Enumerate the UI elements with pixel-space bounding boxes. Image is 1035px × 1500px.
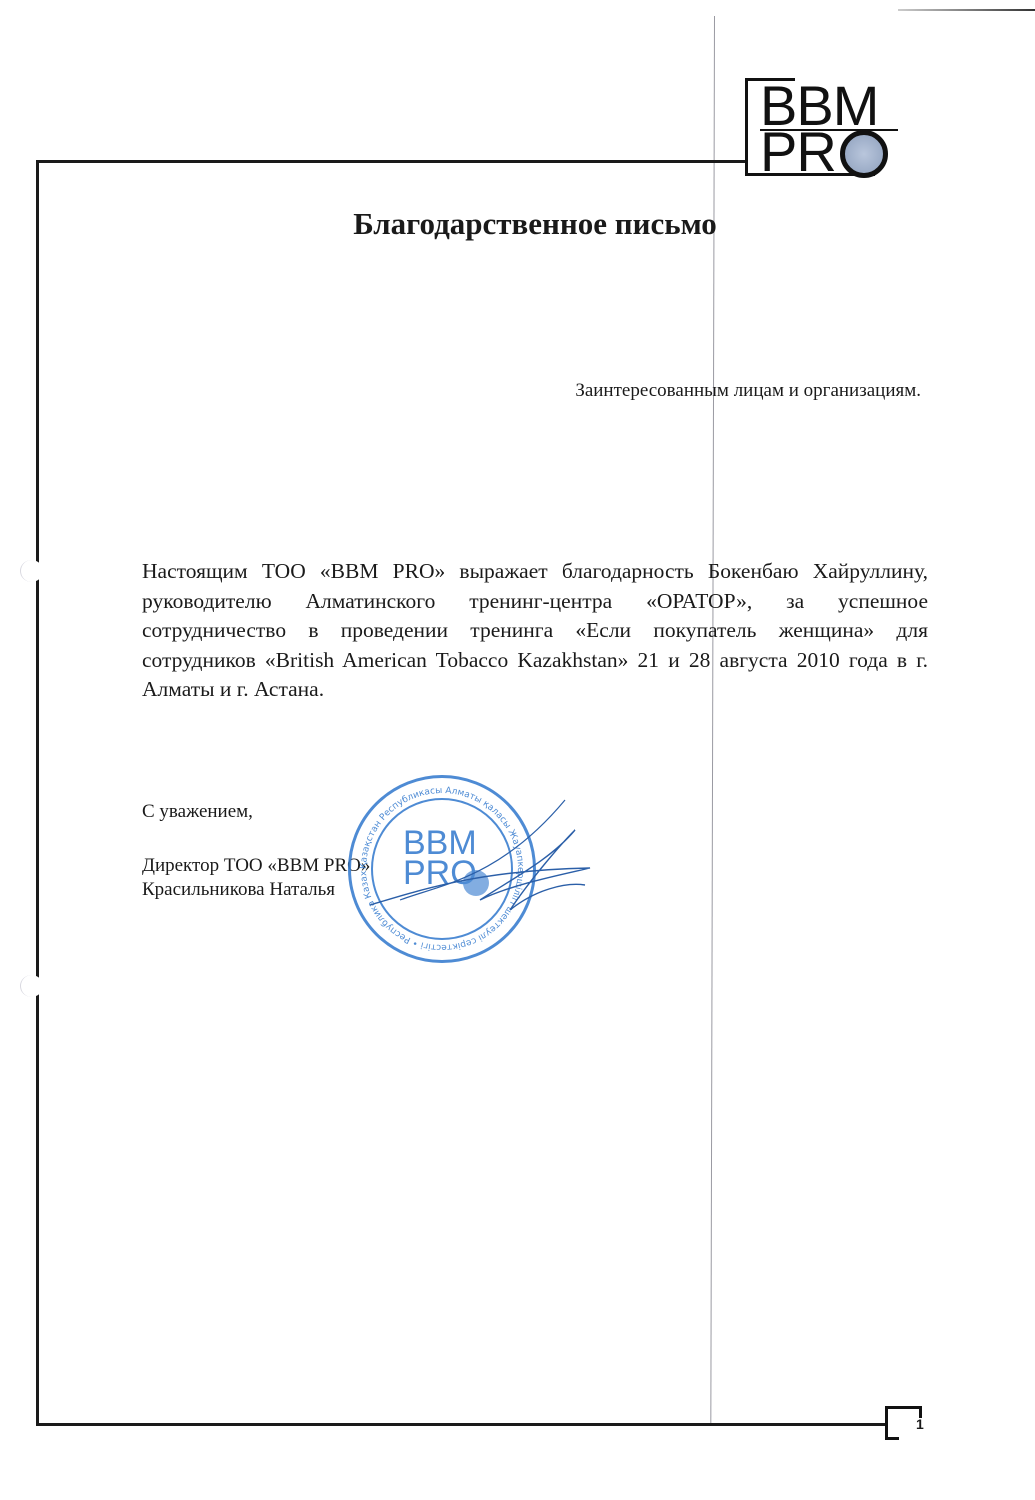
punch-hole-top <box>20 560 43 582</box>
frame-top-border <box>36 160 748 163</box>
frame-left-border <box>36 160 39 1426</box>
addressee-line: Заинтересованным лицам и организациям. <box>380 380 921 402</box>
document-title: Благодарственное письмо <box>0 206 1035 242</box>
frame-bottom-border <box>36 1423 886 1426</box>
logo-bracket <box>745 78 748 176</box>
signatory-title: Директор ТОО «BBM PRO» <box>142 855 370 877</box>
page-bracket-bottom <box>885 1437 899 1440</box>
page-number: 1 <box>916 1416 924 1432</box>
closing-salutation: С уважением, <box>142 801 253 823</box>
signature-icon <box>360 790 600 930</box>
signatory-name: Красильникова Наталья <box>142 879 335 901</box>
letter-body: Настоящим ТОО «BBM PRO» выражает благода… <box>142 557 928 705</box>
scan-edge-line <box>898 9 1035 11</box>
page-bracket-left <box>885 1406 888 1440</box>
page-bracket-top <box>885 1406 922 1409</box>
logo-circle-icon <box>840 130 888 178</box>
logo-line-2: PR <box>760 124 836 180</box>
punch-hole-bottom <box>20 975 43 997</box>
company-logo: BBM PR <box>740 70 900 190</box>
